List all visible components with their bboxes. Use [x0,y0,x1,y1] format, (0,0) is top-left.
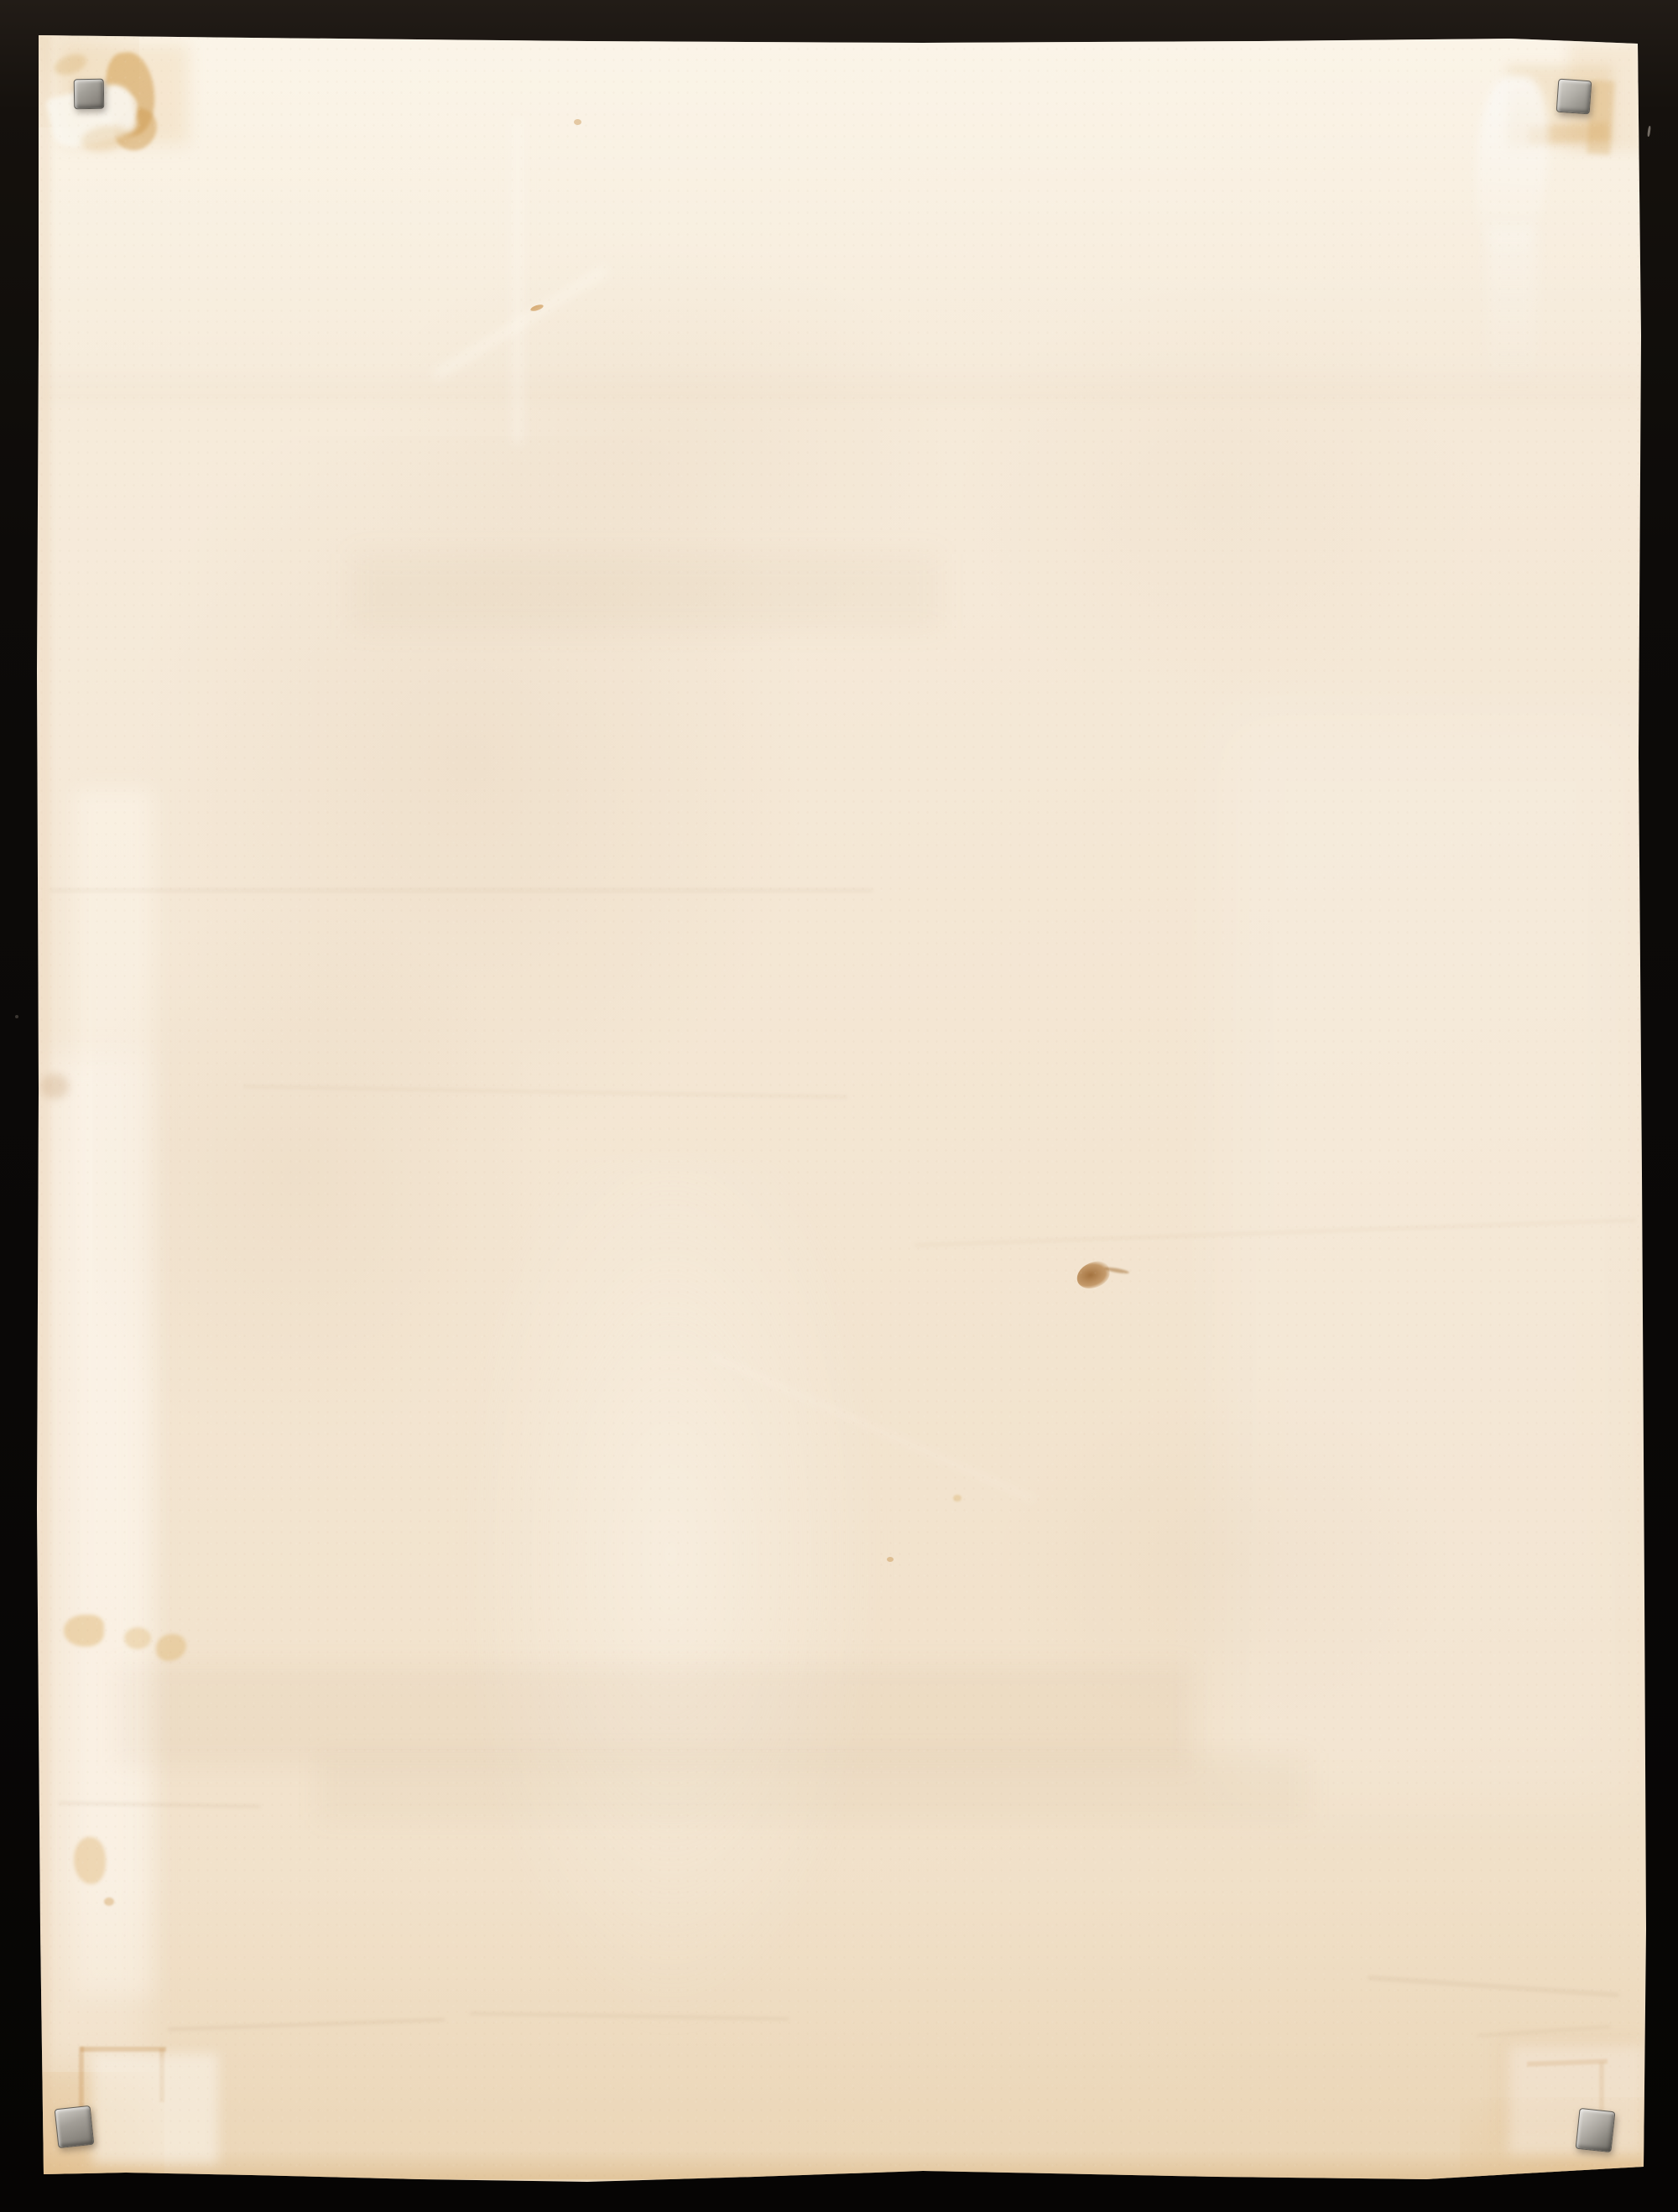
white-streak-tr-tail [1487,226,1537,394]
ghost-pale-column [453,1158,889,2038]
white-patch-bl [92,2053,218,2164]
foxing-speck-low-left [104,1897,114,1906]
shading-upper-step [39,369,1641,403]
shading-left-pale-zone [39,1057,148,2064]
tape-stain-br-right [1599,2062,1604,2111]
foxing-smudge-left-edge [40,1074,69,1099]
ghost-blob-upper-left [126,436,814,1158]
shading-bottom-edge [40,2151,1641,2179]
crease-top-center-vertical [512,117,524,445]
ghost-speckle-band-1 [117,1665,1191,1766]
shading-left-band [74,789,154,1996]
tape-outline-bl-top [81,2047,166,2052]
tape-outline-bl-right [159,2048,164,2102]
crease-h-mid-right [915,1219,1636,1247]
shading-bottom-warm [39,1879,1644,2181]
crease-diagonal-highlight [433,266,608,380]
foxing-spot-low-left [74,1837,106,1884]
crease-left-low [59,1802,260,1808]
tape-stain-br-haze [1500,2038,1643,2139]
ghost-blob-top-center [352,235,956,671]
foxing-spot-cluster-a [64,1615,104,1647]
crease-mid-diag-highlight [711,1355,1034,1501]
ghost-blob-upper-right [948,277,1485,713]
corner-magnet-top-left [74,79,105,110]
corner-magnet-top-right [1556,79,1592,115]
crease-br-2 [1477,2025,1611,2037]
fleck-mid-2 [953,1495,961,1502]
ghost-blob-mid-left [92,906,545,1443]
foxing-spot-cluster-b [124,1627,151,1649]
photo-backdrop [0,0,1678,2212]
fleck-upper-middle [574,119,581,125]
crease-br-1 [1368,1976,1619,1997]
white-streak-tr [1470,73,1553,262]
tape-stain-tl-main [102,49,159,138]
corner-magnet-bottom-right [1576,2108,1616,2152]
dust-speck-left-edge [15,1015,18,1018]
crease-bl-2 [470,2012,789,2021]
shading-left-edge [37,35,50,2174]
tape-stain-br-top [1527,2058,1608,2066]
ghost-speckle-band-2 [319,1753,1309,1820]
crease-bl-1 [168,2018,445,2031]
crease-h-upper [50,889,873,892]
fleck-top-center [529,304,544,313]
corner-magnet-bottom-left [55,2105,95,2148]
foxing-spot-cluster-c [156,1634,186,1661]
ghost-speckle-band-3 [352,554,940,629]
shading-right-cool [1217,713,1644,1803]
tape-stain-tl-under [79,122,133,155]
tape-stain-tl-lower [110,102,162,156]
tape-outline-bl-left [79,2047,84,2111]
dust-speck-right-edge [1647,126,1651,137]
crease-h-mid-left [243,1085,847,1099]
tape-stain-tr-bottom [1528,122,1609,145]
poster-verso-sheet [0,0,1678,2212]
stain-spot-main [1074,1259,1113,1292]
fleck-mid [887,1557,894,1562]
ghost-mid-right-mottle [990,1384,1460,1736]
shading-br-corner-glow [1460,2097,1644,2179]
shading-top-light [39,35,1641,388]
tape-stain-tl-wisp [51,50,89,79]
stain-spot-tail [1104,1266,1129,1274]
